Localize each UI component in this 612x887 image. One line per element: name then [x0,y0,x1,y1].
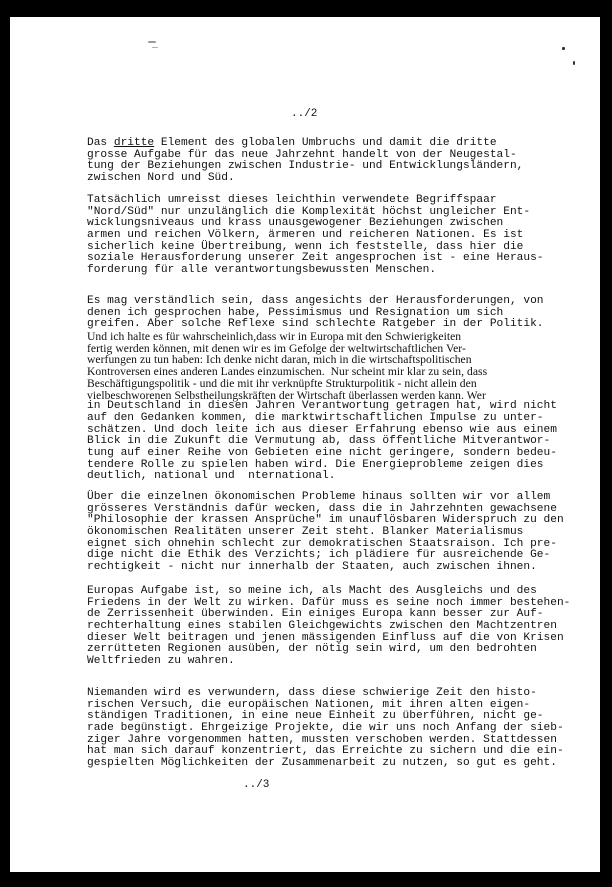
text-line: Beschäftigungspolitik - und die mit ihr … [87,378,557,390]
text-line: rade begünstigt. Ehrgeizige Projekte, di… [87,723,564,735]
text-line: Weltfrieden zu wahren. [87,656,570,668]
text-line: forderung für alle verantwortungsbewusst… [87,265,544,277]
text-line: rechtigkeit - nicht nur innerhalb der St… [87,562,564,574]
text-line: ökonomischen Realitäten unserer Zeit ste… [87,527,564,539]
text-line: Das dritte Element des globalen Umbruchs… [87,138,523,150]
scan-speck [152,47,158,48]
text-line: tung auf einer Reihe von Gebieten eine n… [87,448,557,460]
paragraph: Europas Aufgabe ist, so meine ich, als M… [87,586,570,668]
text-line: armen und reichen Völkern, ärmeren und r… [87,230,544,242]
page-marker-bottom: ../3 [243,779,269,791]
page-marker-top: ../2 [291,108,317,120]
underlined-word: dritte [114,137,154,149]
scan-speck [148,41,156,43]
text-line: zwischen Nord und Süd. [87,173,523,185]
text-line: Über die einzelnen ökonomischen Probleme… [87,492,564,504]
text-line: deutlich, national und nternational. [87,471,557,483]
text-line: gespielten Möglichkeiten der Zusammenarb… [87,758,564,770]
document-page: ../2 Das dritte Element des globalen Umb… [10,17,600,872]
paragraph: Tatsächlich umreisst dieses leichthin ve… [87,195,544,277]
text-line: auf den Gedanken kommen, die marktwirtsc… [87,413,557,425]
text-line: Europas Aufgabe ist, so meine ich, als M… [87,586,570,598]
text-line: rechterhaltung eines stabilen Gleichgewi… [87,621,570,633]
scan-speck [562,47,565,50]
paragraph: Es mag verständlich sein, dass angesicht… [87,296,557,483]
text-line: Es mag verständlich sein, dass angesicht… [87,296,557,308]
paragraph: Das dritte Element des globalen Umbruchs… [87,138,523,185]
text-line: Tatsächlich umreisst dieses leichthin ve… [87,195,544,207]
text-line: Niemanden wird es verwundern, dass diese… [87,688,564,700]
paragraph: Niemanden wird es verwundern, dass diese… [87,688,564,770]
text-line: Und ich halte es für wahrscheinlich,dass… [87,331,557,343]
paragraph: Über die einzelnen ökonomischen Probleme… [87,492,564,574]
scan-speck [573,61,575,65]
